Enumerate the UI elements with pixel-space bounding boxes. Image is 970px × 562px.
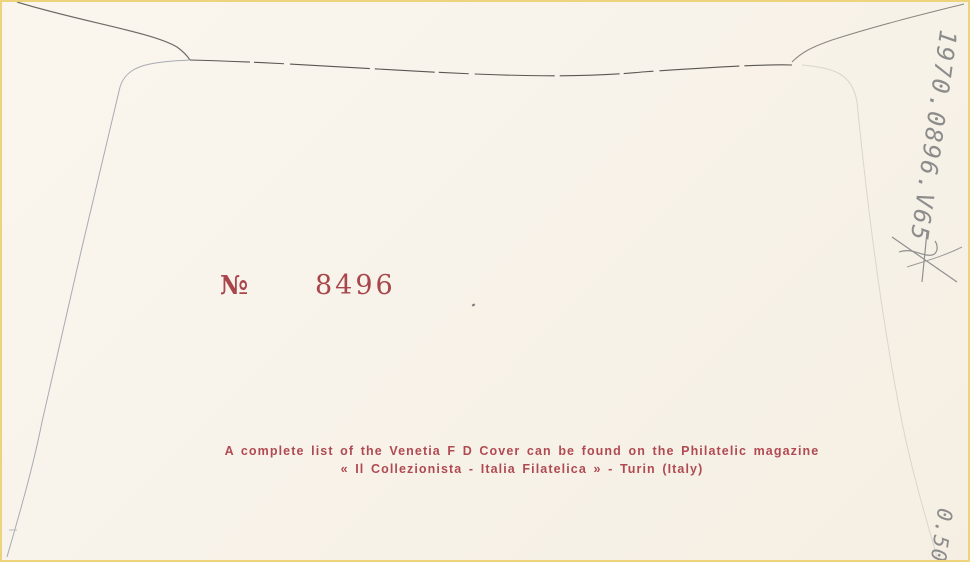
signature-mark-icon: [887, 227, 967, 287]
numero-sign: №: [220, 271, 315, 301]
footer-notice-line1: A complete list of the Venetia F D Cover…: [2, 444, 970, 458]
serial-value: 8496: [315, 270, 396, 301]
envelope-back: №8496 A complete list of the Venetia F D…: [0, 0, 970, 562]
footer-notice-line2: « Il Collezionista - Italia Filatelica »…: [2, 462, 970, 476]
serial-number: №8496: [220, 270, 396, 301]
pencil-reference-number: 1970.0896.V65: [905, 28, 962, 244]
paper-speck: [472, 303, 476, 306]
envelope-flap-lines: [2, 2, 968, 560]
pencil-price: 0.50: [926, 507, 957, 562]
